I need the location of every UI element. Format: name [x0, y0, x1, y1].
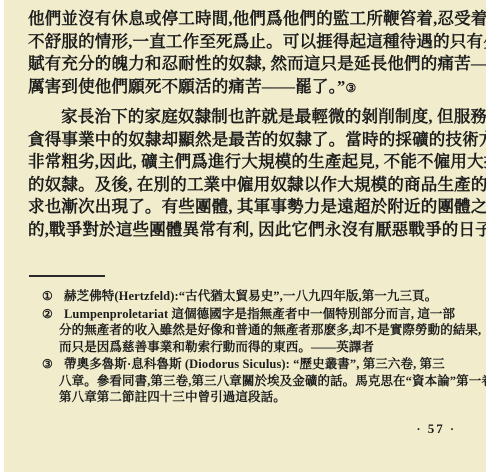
- footnote-marker: ③: [42, 356, 64, 373]
- paragraph-quote-continuation: 他們並沒有休息或停工時間,他們爲他們的監工所鞭笞着,忍受着最 不舒服的情形,一直…: [28, 8, 466, 99]
- footnote-2: ② Lumpenproletariat 這個德國字是指無產者中一個特別部分而言,…: [42, 306, 466, 356]
- page-number: · 57 ·: [416, 421, 456, 437]
- body-text-line: 厲害到使他們願死不願活的痛苦——罷了。”③: [28, 76, 466, 100]
- body-text-line: 他們並沒有休息或停工時間,他們爲他們的監工所鞭笞着,忍受着最: [28, 8, 466, 31]
- footnote-text-line: 帶奧多魯斯·息科魯斯 (Diodorus Siculus): “歷史叢書”, 第…: [64, 356, 445, 373]
- body-text: 他們並沒有休息或停工時間,他們爲他們的監工所鞭笞着,忍受着最 不舒服的情形,一直…: [28, 8, 466, 241]
- body-text-line: 不舒服的情形,一直工作至死爲止。可以捱得起這種待遇的只有少許: [28, 31, 466, 54]
- page-number-value: 57: [428, 421, 445, 436]
- footnote-text-line: 分的無產者的收入雖然是好像和普通的無產者那麽多,却不是實際勞動的結果,: [59, 322, 466, 339]
- footnote-3: ③ 帶奧多魯斯·息科魯斯 (Diodorus Siculus): “歷史叢書”,…: [42, 356, 466, 406]
- footnote-marker: ②: [42, 306, 64, 323]
- footnote-text-line: 赫芝佛特(Hertzfeld):“古代猶太貿易史”,一八九四年版,第一九三頁。: [64, 288, 437, 305]
- paragraph-two: 家長治下的家庭奴隸制也許就是最輕微的剝削制度, 但服務於 貪得事業中的奴隸却顯然…: [28, 106, 466, 241]
- footnote-separator-rule: [29, 275, 105, 277]
- footnote-text-line: 八章。參看同書,第三卷,第三八章關於埃及金礦的話。馬克思在“資本論”第一卷: [59, 373, 466, 390]
- page-number-dot: ·: [416, 422, 422, 436]
- body-text-line: 求也漸次出現了。有些團體, 其軍事勢力是遠超於附近的團體之上: [28, 196, 466, 219]
- body-text-line: 的奴隸。及後, 在別的工業中僱用奴隸以作大規模的商品生產的需: [28, 174, 466, 197]
- book-page: 他們並沒有休息或停工時間,他們爲他們的監工所鞭笞着,忍受着最 不舒服的情形,一直…: [4, 0, 486, 472]
- body-text-line-end: 厲害到使他們願死不願活的痛苦——罷了。”: [28, 77, 346, 96]
- footnote-marker: ①: [42, 288, 64, 305]
- footnote-text-line: Lumpenproletariat 這個德國字是指無產者中一個特別部分而言, 這…: [64, 306, 455, 323]
- body-text-line: 家長治下的家庭奴隸制也許就是最輕微的剝削制度, 但服務於: [28, 106, 466, 129]
- body-text-line: 的,戰爭對於這些團體異常有利, 因此它們永沒有厭惡戰爭的日子。: [28, 219, 466, 242]
- footnote-text-line: 第八章第二節註四十三中曾引過這段話。: [59, 389, 466, 406]
- body-text-line: 貪得事業中的奴隸却顯然是最苦的奴隸了。當時的採礦的技術方法: [28, 129, 466, 152]
- body-text-line: 賦有充分的魄力和忍耐性的奴隸, 然而這只是延長他們的痛苦——: [28, 53, 466, 76]
- footnote-reference-mark: ③: [346, 81, 357, 95]
- footnotes-section: ① 赫芝佛特(Hertzfeld):“古代猶太貿易史”,一八九四年版,第一九三頁…: [42, 287, 466, 406]
- page-number-dot: ·: [450, 422, 456, 436]
- footnote-1: ① 赫芝佛特(Hertzfeld):“古代猶太貿易史”,一八九四年版,第一九三頁…: [42, 288, 466, 305]
- footnote-text-line: 而只是因爲慈善事業和勒索行動而得的東西。——英譯者: [59, 339, 466, 356]
- body-text-line: 非常粗劣,因此, 礦主們爲進行大規模的生產起見, 不能不僱用大批: [28, 151, 466, 174]
